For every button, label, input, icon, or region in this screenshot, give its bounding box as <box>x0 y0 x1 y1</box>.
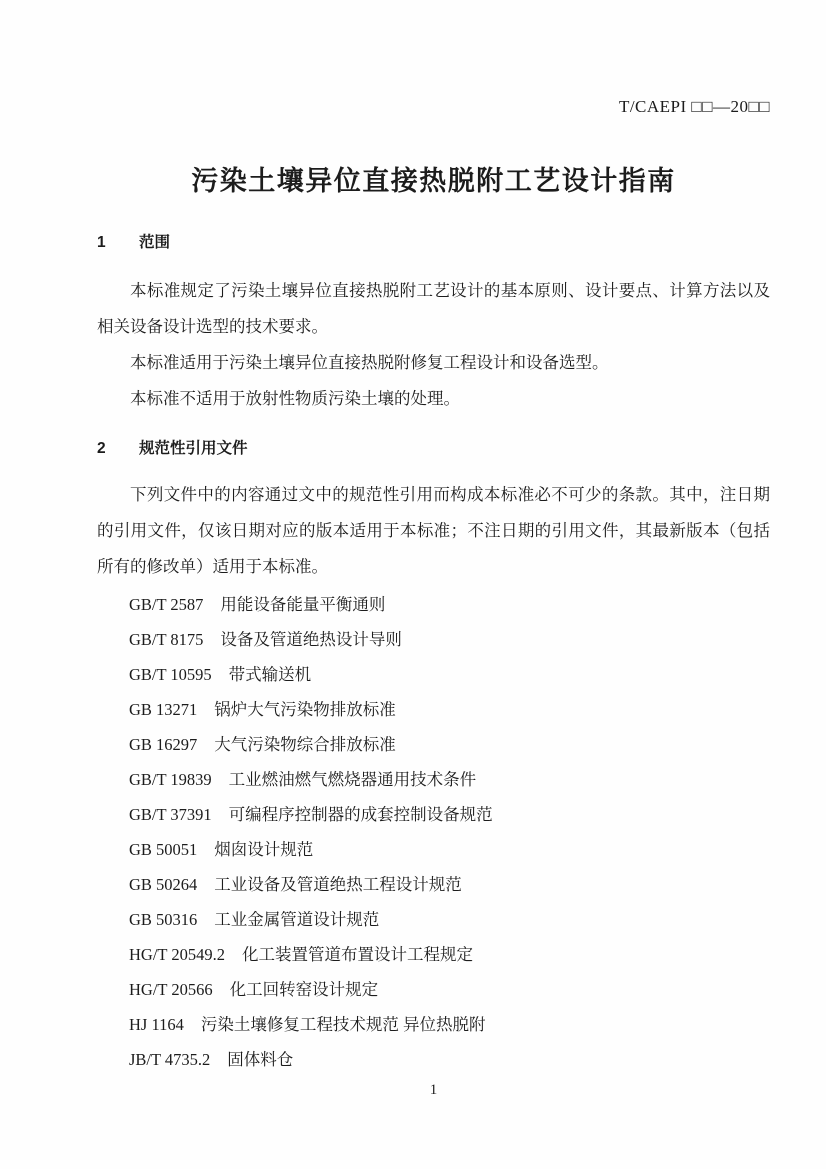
reference-item: GB 50264工业设备及管道绝热工程设计规范 <box>129 867 770 902</box>
reference-code: HJ 1164 <box>129 1015 184 1034</box>
reference-title: 锅炉大气污染物排放标准 <box>214 700 396 719</box>
section-normative-references: 2规范性引用文件 下列文件中的内容通过文中的规范性引用而构成本标准必不可少的条款… <box>97 437 770 1077</box>
reference-item: GB/T 2587用能设备能量平衡通则 <box>129 587 770 622</box>
reference-title: 大气污染物综合排放标准 <box>214 735 396 754</box>
reference-item: HG/T 20549.2化工装置管道布置设计工程规定 <box>129 937 770 972</box>
reference-code: GB/T 37391 <box>129 805 212 824</box>
paragraph: 本标准不适用于放射性物质污染土壤的处理。 <box>97 381 770 417</box>
reference-list: GB/T 2587用能设备能量平衡通则 GB/T 8175设备及管道绝热设计导则… <box>97 587 770 1077</box>
section-number: 2 <box>97 437 139 461</box>
reference-title: 固体料仓 <box>227 1050 293 1069</box>
reference-code: HG/T 20549.2 <box>129 945 225 964</box>
reference-title: 化工回转窑设计规定 <box>230 980 379 999</box>
reference-code: GB 13271 <box>129 700 197 719</box>
reference-title: 烟囱设计规范 <box>214 840 313 859</box>
reference-title: 化工装置管道布置设计工程规定 <box>242 945 473 964</box>
reference-item: HJ 1164污染土壤修复工程技术规范 异位热脱附 <box>129 1007 770 1042</box>
page-number: 1 <box>97 1082 770 1099</box>
standard-number: T/CAEPI □□—20□□ <box>97 0 770 117</box>
section-heading-label: 规范性引用文件 <box>139 440 248 457</box>
reference-title: 设备及管道绝热设计导则 <box>220 630 402 649</box>
reference-title: 带式输送机 <box>229 665 312 684</box>
section-body: 下列文件中的内容通过文中的规范性引用而构成本标准必不可少的条款。其中，注日期的引… <box>97 477 770 585</box>
section-heading: 2规范性引用文件 <box>97 437 770 461</box>
reference-item: JB/T 4735.2固体料仓 <box>129 1042 770 1077</box>
reference-code: GB/T 10595 <box>129 665 212 684</box>
reference-code: GB/T 19839 <box>129 770 212 789</box>
section-scope: 1范围 本标准规定了污染土壤异位直接热脱附工艺设计的基本原则、设计要点、计算方法… <box>97 231 770 417</box>
reference-item: GB 13271锅炉大气污染物排放标准 <box>129 692 770 727</box>
reference-code: GB 50264 <box>129 875 197 894</box>
reference-title: 工业燃油燃气燃烧器通用技术条件 <box>229 770 477 789</box>
paragraph: 本标准规定了污染土壤异位直接热脱附工艺设计的基本原则、设计要点、计算方法以及相关… <box>97 273 770 345</box>
document-title: 污染土壤异位直接热脱附工艺设计指南 <box>97 164 770 198</box>
reference-title: 工业设备及管道绝热工程设计规范 <box>214 875 462 894</box>
reference-item: GB 50316工业金属管道设计规范 <box>129 902 770 937</box>
section-number: 1 <box>97 231 139 255</box>
reference-code: GB/T 8175 <box>129 630 203 649</box>
reference-title: 污染土壤修复工程技术规范 异位热脱附 <box>201 1015 486 1034</box>
section-heading: 1范围 <box>97 231 770 255</box>
section-heading-label: 范围 <box>139 234 170 251</box>
paragraph: 下列文件中的内容通过文中的规范性引用而构成本标准必不可少的条款。其中，注日期的引… <box>97 477 770 585</box>
reference-code: HG/T 20566 <box>129 980 213 999</box>
document-page: T/CAEPI □□—20□□ 污染土壤异位直接热脱附工艺设计指南 1范围 本标… <box>0 0 826 1169</box>
reference-code: GB/T 2587 <box>129 595 203 614</box>
reference-title: 用能设备能量平衡通则 <box>220 595 385 614</box>
reference-item: GB/T 8175设备及管道绝热设计导则 <box>129 622 770 657</box>
reference-item: GB 50051烟囱设计规范 <box>129 832 770 867</box>
reference-code: GB 50051 <box>129 840 197 859</box>
reference-code: GB 16297 <box>129 735 197 754</box>
reference-item: GB/T 37391可编程序控制器的成套控制设备规范 <box>129 797 770 832</box>
reference-item: GB/T 10595带式输送机 <box>129 657 770 692</box>
reference-item: GB 16297大气污染物综合排放标准 <box>129 727 770 762</box>
paragraph: 本标准适用于污染土壤异位直接热脱附修复工程设计和设备选型。 <box>97 345 770 381</box>
reference-title: 工业金属管道设计规范 <box>214 910 379 929</box>
reference-title: 可编程序控制器的成套控制设备规范 <box>229 805 493 824</box>
section-body: 本标准规定了污染土壤异位直接热脱附工艺设计的基本原则、设计要点、计算方法以及相关… <box>97 273 770 417</box>
reference-item: GB/T 19839工业燃油燃气燃烧器通用技术条件 <box>129 762 770 797</box>
reference-item: HG/T 20566化工回转窑设计规定 <box>129 972 770 1007</box>
reference-code: GB 50316 <box>129 910 197 929</box>
reference-code: JB/T 4735.2 <box>129 1050 210 1069</box>
